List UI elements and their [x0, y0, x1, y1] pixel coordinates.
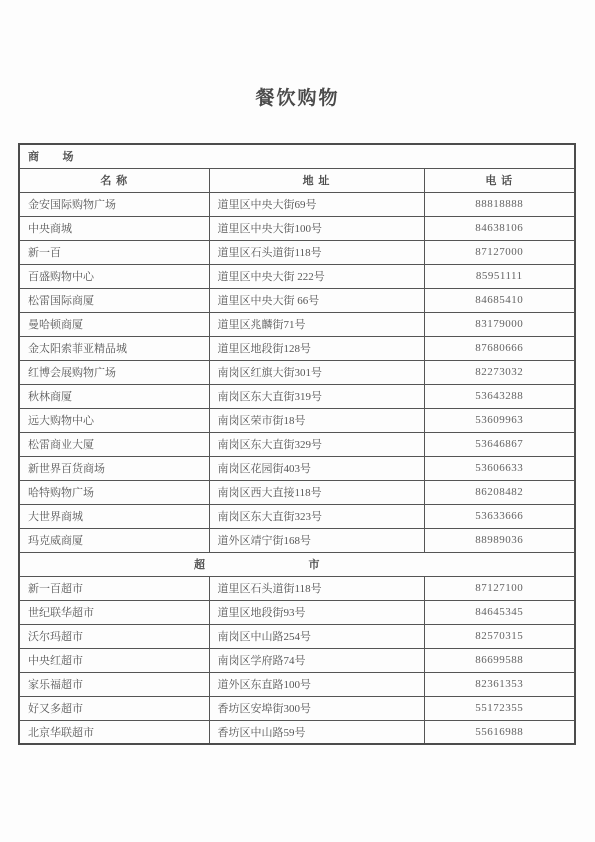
- cell-phone: 84685410: [424, 288, 575, 312]
- table-row: 百盛购物中心道里区中央大街 222号85951111: [19, 264, 575, 288]
- cell-address: 南岗区西大直接118号: [209, 480, 424, 504]
- cell-name: 家乐福超市: [19, 672, 209, 696]
- cell-address: 南岗区东大直街323号: [209, 504, 424, 528]
- cell-address: 道里区地段街128号: [209, 336, 424, 360]
- cell-name: 北京华联超市: [19, 720, 209, 744]
- cell-address: 道里区兆麟街71号: [209, 312, 424, 336]
- cell-phone: 84645345: [424, 600, 575, 624]
- cell-address: 道里区中央大街100号: [209, 216, 424, 240]
- cell-phone: 87127100: [424, 576, 575, 600]
- table-row: 金太阳索菲亚精品城道里区地段街128号87680666: [19, 336, 575, 360]
- cell-phone: 55616988: [424, 720, 575, 744]
- cell-phone: 87680666: [424, 336, 575, 360]
- section-title-char: 商: [28, 148, 40, 164]
- cell-address: 南岗区东大直街329号: [209, 432, 424, 456]
- document-page: 餐饮购物 商场名 称地 址电 话金安国际购物广场道里区中央大街69号888188…: [0, 0, 595, 842]
- directory-table: 商场名 称地 址电 话金安国际购物广场道里区中央大街69号88818888中央商…: [18, 143, 576, 745]
- cell-address: 道里区地段街93号: [209, 600, 424, 624]
- table-row: 远大购物中心南岗区荣市街18号53609963: [19, 408, 575, 432]
- cell-address: 南岗区红旗大街301号: [209, 360, 424, 384]
- cell-address: 道里区中央大街69号: [209, 192, 424, 216]
- table-row: 新一百超市道里区石头道街118号87127100: [19, 576, 575, 600]
- cell-name: 金太阳索菲亚精品城: [19, 336, 209, 360]
- cell-name: 玛克威商厦: [19, 528, 209, 552]
- cell-name: 红博会展购物广场: [19, 360, 209, 384]
- cell-phone: 85951111: [424, 264, 575, 288]
- cell-name: 世纪联华超市: [19, 600, 209, 624]
- cell-name: 松雷商业大厦: [19, 432, 209, 456]
- table-row: 中央商城道里区中央大街100号84638106: [19, 216, 575, 240]
- cell-address: 道外区东直路100号: [209, 672, 424, 696]
- cell-phone: 53609963: [424, 408, 575, 432]
- cell-name: 沃尔玛超市: [19, 624, 209, 648]
- table-row: 北京华联超市香坊区中山路59号55616988: [19, 720, 575, 744]
- cell-address: 南岗区中山路254号: [209, 624, 424, 648]
- table-row: 金安国际购物广场道里区中央大街69号88818888: [19, 192, 575, 216]
- cell-name: 新世界百货商场: [19, 456, 209, 480]
- table-row: 家乐福超市道外区东直路100号82361353: [19, 672, 575, 696]
- table-row: 新世界百货商场南岗区花园街403号53606633: [19, 456, 575, 480]
- cell-name: 新一百超市: [19, 576, 209, 600]
- cell-address: 道里区石头道街118号: [209, 576, 424, 600]
- cell-address: 南岗区花园街403号: [209, 456, 424, 480]
- table-row: 新一百道里区石头道街118号87127000: [19, 240, 575, 264]
- table-row: 好又多超市香坊区安埠街300号55172355: [19, 696, 575, 720]
- section-title-wrap: 商场: [28, 151, 74, 163]
- page-title: 餐饮购物: [0, 83, 595, 110]
- cell-phone: 53646867: [424, 432, 575, 456]
- cell-phone: 87127000: [424, 240, 575, 264]
- cell-name: 大世界商城: [19, 504, 209, 528]
- cell-phone: 53633666: [424, 504, 575, 528]
- cell-name: 新一百: [19, 240, 209, 264]
- table-row: 松雷国际商厦道里区中央大街 66号84685410: [19, 288, 575, 312]
- section-title-market: 超市: [19, 552, 575, 576]
- cell-phone: 53643288: [424, 384, 575, 408]
- table-row: 玛克威商厦道外区靖宁街168号88989036: [19, 528, 575, 552]
- cell-address: 道里区中央大街 222号: [209, 264, 424, 288]
- cell-name: 秋林商厦: [19, 384, 209, 408]
- cell-phone: 86208482: [424, 480, 575, 504]
- cell-address: 香坊区安埠街300号: [209, 696, 424, 720]
- cell-phone: 86699588: [424, 648, 575, 672]
- section-title-chars: 商场: [28, 148, 74, 164]
- section-title-mall: 商场: [19, 144, 575, 168]
- cell-address: 南岗区学府路74号: [209, 648, 424, 672]
- section-row-market: 超市: [19, 552, 575, 576]
- cell-address: 道里区石头道街118号: [209, 240, 424, 264]
- table-row: 哈特购物广场南岗区西大直接118号86208482: [19, 480, 575, 504]
- cell-phone: 53606633: [424, 456, 575, 480]
- section-row-mall: 商场: [19, 144, 575, 168]
- section-title-char: 市: [309, 556, 321, 572]
- table-row: 大世界商城南岗区东大直街323号53633666: [19, 504, 575, 528]
- section-title-char: 超: [194, 556, 206, 572]
- table-row: 曼哈顿商厦道里区兆麟街71号83179000: [19, 312, 575, 336]
- cell-address: 香坊区中山路59号: [209, 720, 424, 744]
- column-header: 电 话: [424, 168, 575, 192]
- cell-name: 中央商城: [19, 216, 209, 240]
- table-row: 中央红超市南岗区学府路74号86699588: [19, 648, 575, 672]
- cell-name: 松雷国际商厦: [19, 288, 209, 312]
- table-row: 沃尔玛超市南岗区中山路254号82570315: [19, 624, 575, 648]
- cell-phone: 82570315: [424, 624, 575, 648]
- column-header: 地 址: [209, 168, 424, 192]
- cell-name: 远大购物中心: [19, 408, 209, 432]
- cell-phone: 82361353: [424, 672, 575, 696]
- column-header-row: 名 称地 址电 话: [19, 168, 575, 192]
- table-row: 红博会展购物广场南岗区红旗大街301号82273032: [19, 360, 575, 384]
- cell-name: 金安国际购物广场: [19, 192, 209, 216]
- cell-address: 南岗区东大直街319号: [209, 384, 424, 408]
- cell-phone: 88818888: [424, 192, 575, 216]
- table-row: 世纪联华超市道里区地段街93号84645345: [19, 600, 575, 624]
- cell-phone: 83179000: [424, 312, 575, 336]
- cell-phone: 55172355: [424, 696, 575, 720]
- table-row: 秋林商厦南岗区东大直街319号53643288: [19, 384, 575, 408]
- column-header: 名 称: [19, 168, 209, 192]
- section-title-char: 场: [63, 148, 75, 164]
- cell-address: 道外区靖宁街168号: [209, 528, 424, 552]
- section-title-chars: 超市: [194, 556, 320, 572]
- cell-address: 南岗区荣市街18号: [209, 408, 424, 432]
- cell-phone: 84638106: [424, 216, 575, 240]
- cell-phone: 82273032: [424, 360, 575, 384]
- cell-name: 好又多超市: [19, 696, 209, 720]
- cell-address: 道里区中央大街 66号: [209, 288, 424, 312]
- cell-name: 中央红超市: [19, 648, 209, 672]
- cell-name: 曼哈顿商厦: [19, 312, 209, 336]
- cell-name: 哈特购物广场: [19, 480, 209, 504]
- section-title-wrap: 超市: [20, 556, 574, 572]
- table-row: 松雷商业大厦南岗区东大直街329号53646867: [19, 432, 575, 456]
- directory-table-body: 商场名 称地 址电 话金安国际购物广场道里区中央大街69号88818888中央商…: [19, 144, 575, 744]
- cell-name: 百盛购物中心: [19, 264, 209, 288]
- cell-phone: 88989036: [424, 528, 575, 552]
